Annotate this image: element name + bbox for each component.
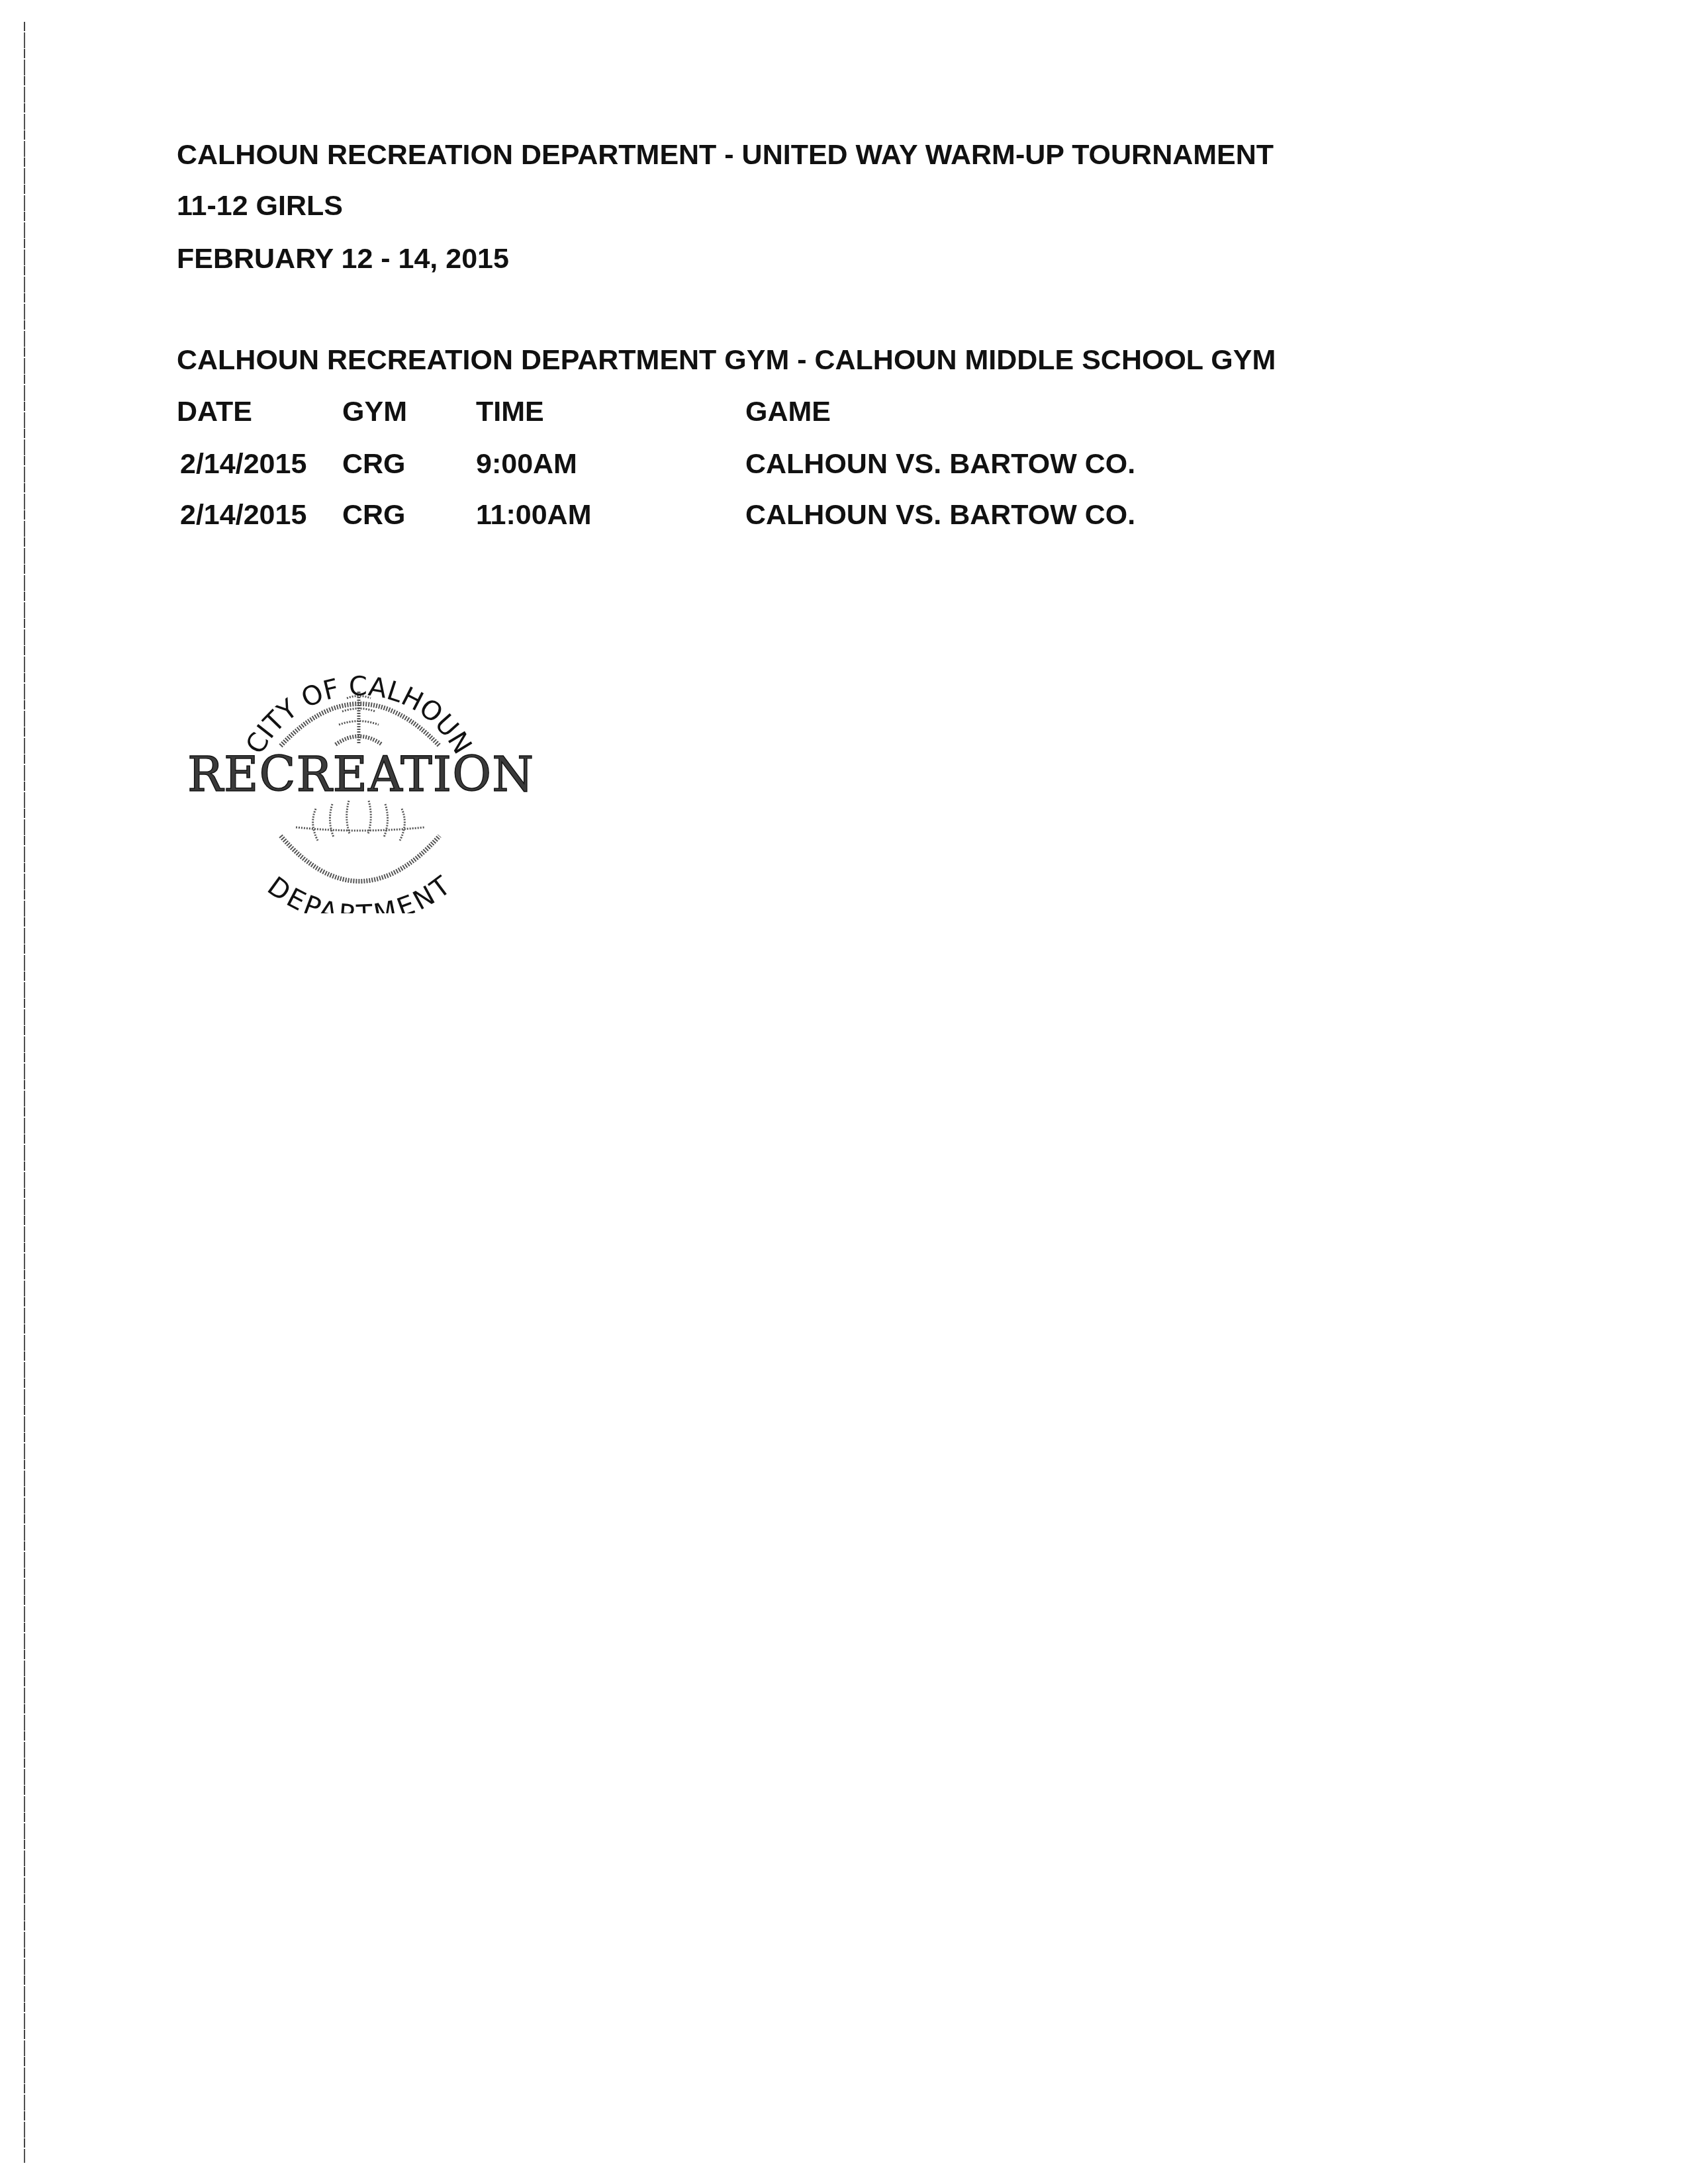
logo-main-text: RECREATION <box>187 747 534 802</box>
city-of-calhoun-recreation-logo: CITY OF CALHOUN RECREATION DEPARTMENT <box>173 635 544 913</box>
tournament-title: CALHOUN RECREATION DEPARTMENT - UNITED W… <box>177 141 1274 169</box>
row-date: 2/14/2015 <box>180 501 306 529</box>
row-time: 11:00AM <box>476 501 591 529</box>
row-gym: CRG <box>342 501 406 529</box>
row-date: 2/14/2015 <box>180 450 306 478</box>
row-game: CALHOUN VS. BARTOW CO. <box>745 450 1135 478</box>
row-gym: CRG <box>342 450 406 478</box>
row-time: 9:00AM <box>476 450 577 478</box>
tournament-dates: FEBRUARY 12 - 14, 2015 <box>177 245 509 273</box>
column-header-time: TIME <box>476 398 544 426</box>
column-header-gym: GYM <box>342 398 407 426</box>
venue-heading: CALHOUN RECREATION DEPARTMENT GYM - CALH… <box>177 346 1276 375</box>
row-game: CALHOUN VS. BARTOW CO. <box>745 501 1135 529</box>
logo-bottom-text: DEPARTMENT <box>262 870 457 913</box>
division-label: 11-12 GIRLS <box>177 192 343 220</box>
column-header-game: GAME <box>745 398 831 426</box>
column-header-date: DATE <box>177 398 252 426</box>
scan-edge-line <box>24 22 25 2163</box>
document-page: CALHOUN RECREATION DEPARTMENT - UNITED W… <box>0 0 1688 2184</box>
